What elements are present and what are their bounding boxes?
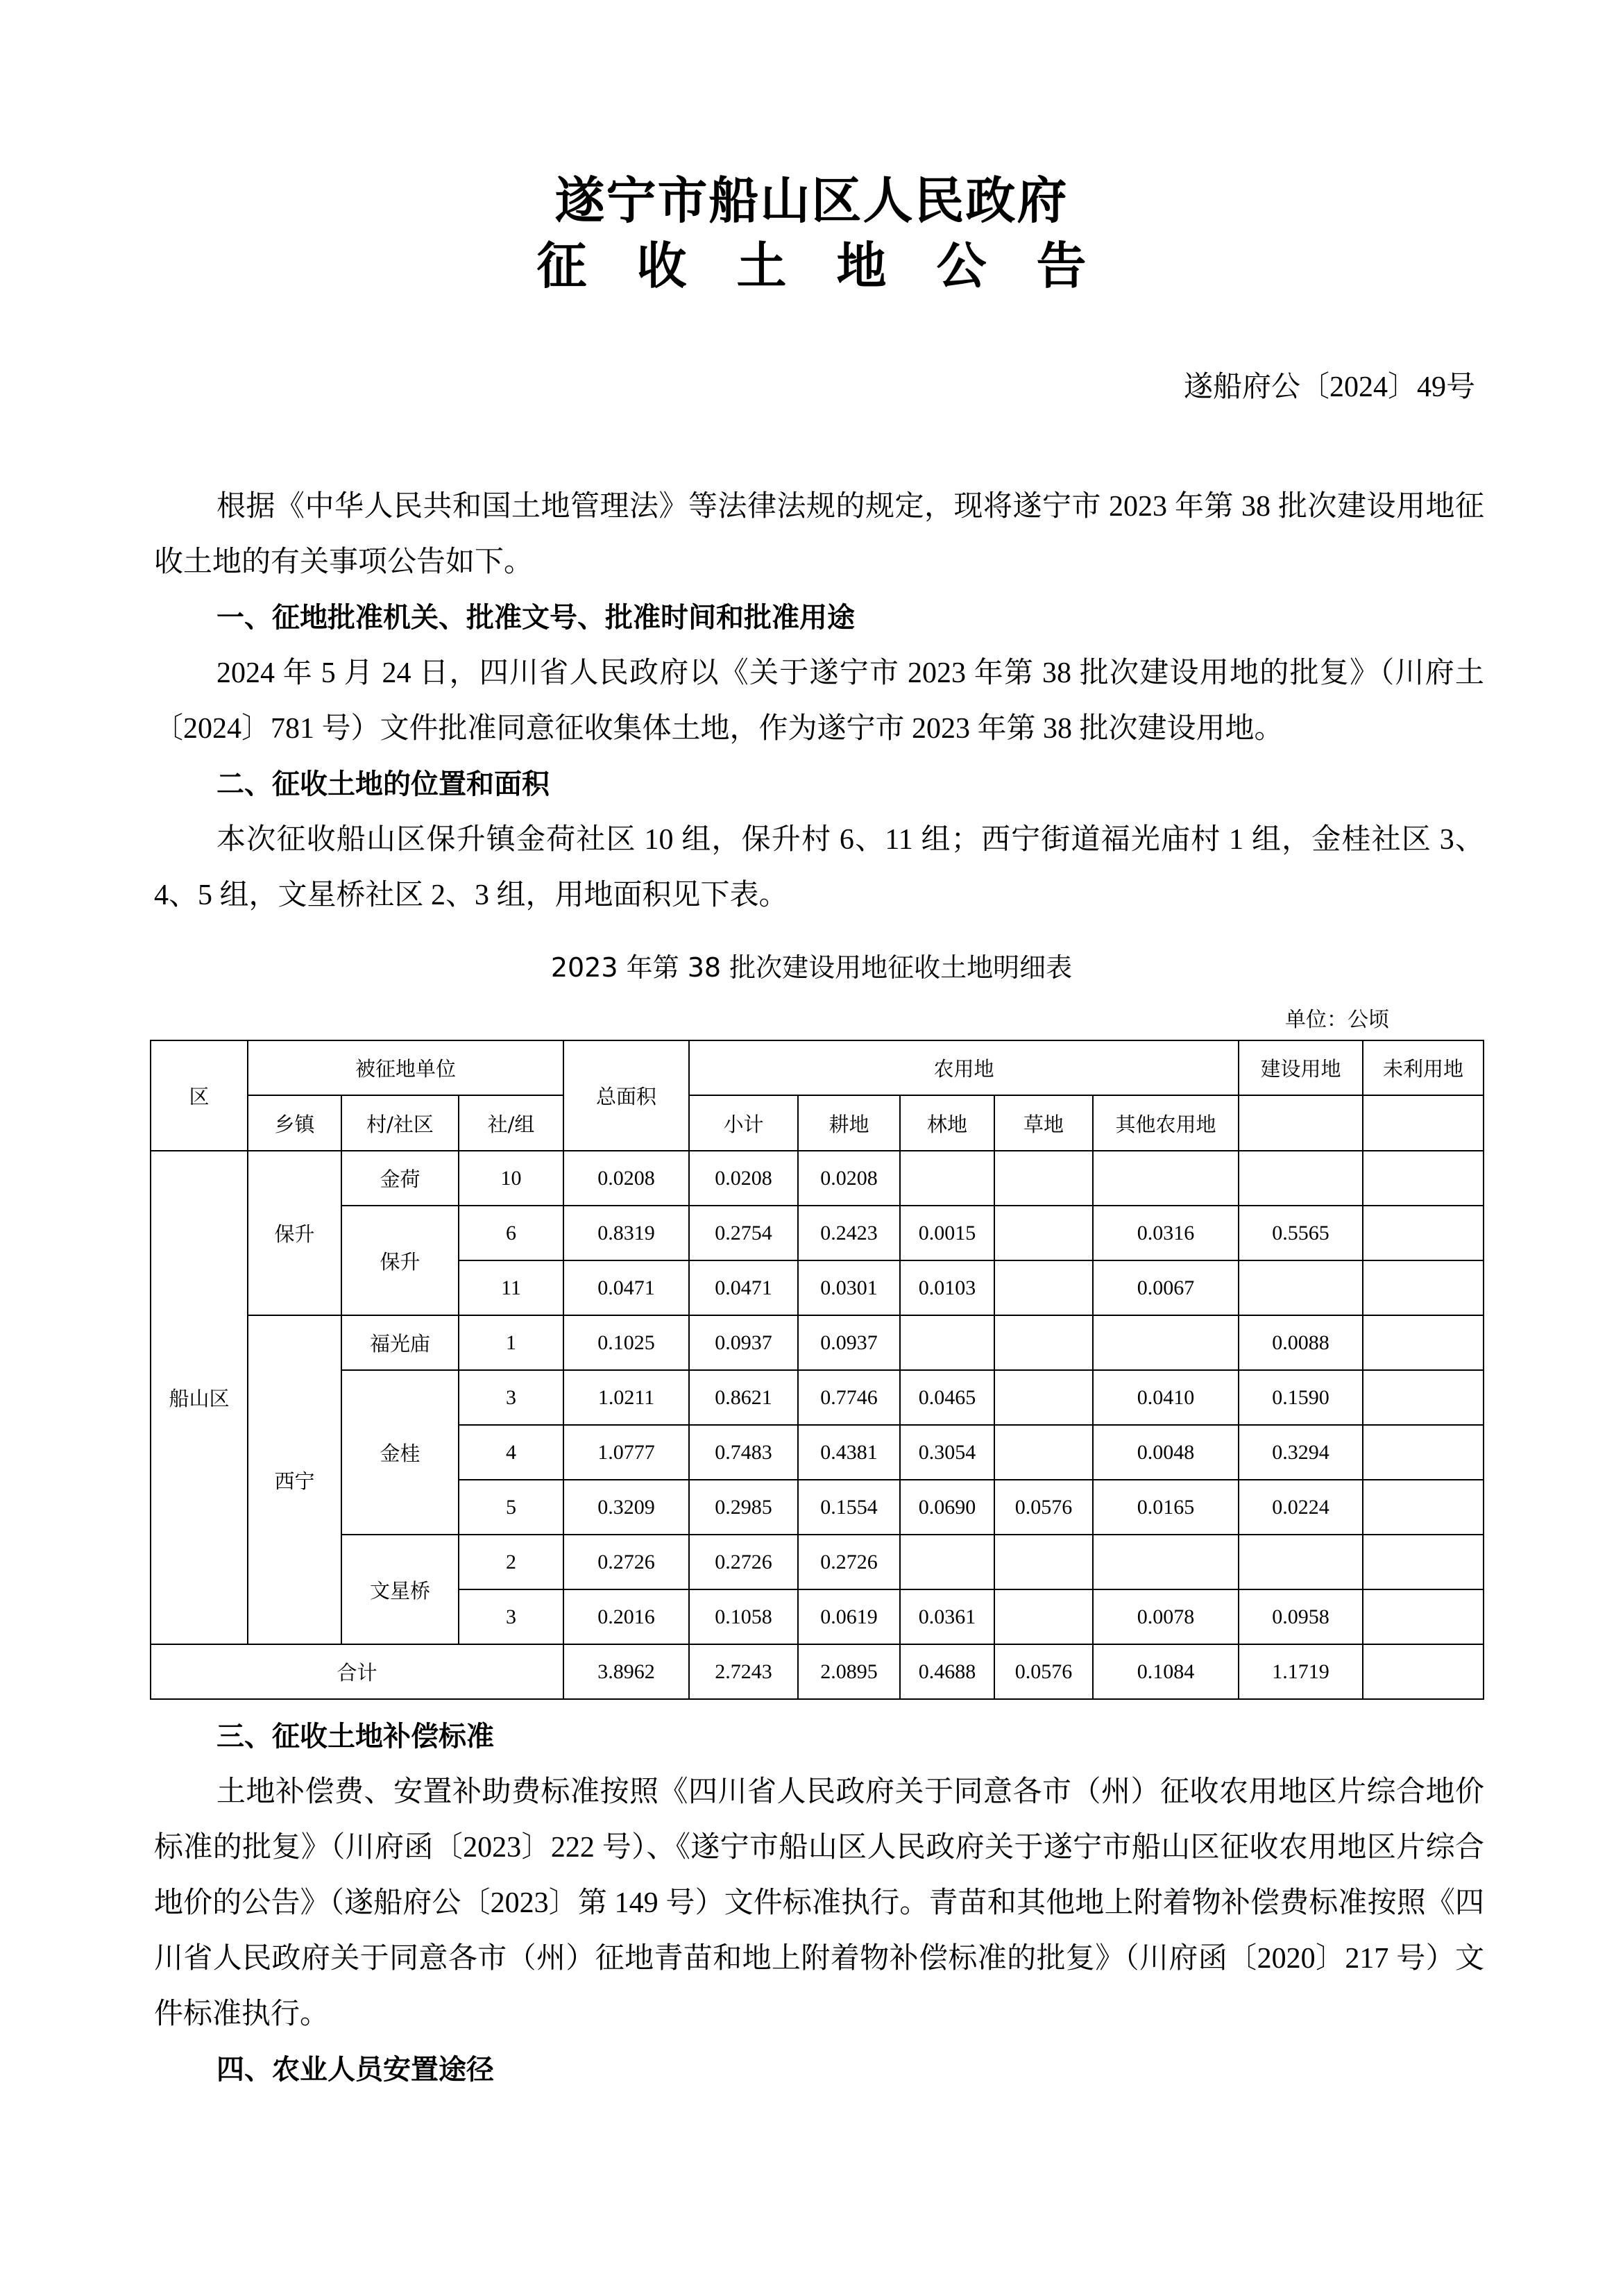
group-cell: 3 (459, 1370, 563, 1425)
header-total-area: 总面积 (563, 1040, 689, 1151)
cultivated-cell: 0.2726 (798, 1535, 900, 1589)
header-construction: 建设用地 (1239, 1040, 1363, 1095)
construction-cell: 0.0088 (1239, 1315, 1363, 1370)
village-cell: 金荷 (341, 1151, 459, 1206)
forest-cell: 0.0465 (900, 1370, 994, 1425)
subtotal-cell: 0.2726 (689, 1535, 798, 1589)
other-cell: 0.0316 (1093, 1206, 1239, 1260)
other-cell (1093, 1151, 1239, 1206)
section-3-heading: 三、征收土地补偿标准 (154, 1709, 1484, 1764)
header-town: 乡镇 (248, 1095, 341, 1151)
table-row: 文星桥 2 0.2726 0.2726 0.2726 (151, 1535, 1484, 1589)
subtotal-cell: 2.7243 (689, 1644, 798, 1699)
header-other-agri: 其他农用地 (1093, 1095, 1239, 1151)
cultivated-cell: 0.0208 (798, 1151, 900, 1206)
construction-cell (1239, 1260, 1363, 1315)
section-2-heading: 二、征收土地的位置和面积 (154, 757, 1484, 812)
village-cell: 福光庙 (341, 1315, 459, 1370)
forest-cell: 0.3054 (900, 1425, 994, 1480)
grass-cell (994, 1151, 1093, 1206)
total-cell: 0.8319 (563, 1206, 689, 1260)
cultivated-cell: 0.4381 (798, 1425, 900, 1480)
unused-cell (1363, 1260, 1484, 1315)
other-cell (1093, 1315, 1239, 1370)
cultivated-cell: 0.1554 (798, 1480, 900, 1535)
village-cell: 文星桥 (341, 1535, 459, 1644)
document-number: 遂船府公〔2024〕49号 (1184, 366, 1475, 408)
construction-cell: 0.5565 (1239, 1206, 1363, 1260)
total-cell: 0.3209 (563, 1480, 689, 1535)
body-lower: 三、征收土地补偿标准 土地补偿费、安置补助费标准按照《四川省人民政府关于同意各市… (154, 1709, 1484, 2097)
forest-cell (900, 1535, 994, 1589)
group-cell: 6 (459, 1206, 563, 1260)
total-cell: 0.0471 (563, 1260, 689, 1315)
total-cell: 3.8962 (563, 1644, 689, 1699)
section-1-heading: 一、征地批准机关、批准文号、批准时间和批准用途 (154, 590, 1484, 645)
table-row: 西宁 福光庙 1 0.1025 0.0937 0.0937 0.0088 (151, 1315, 1484, 1370)
total-cell: 0.1025 (563, 1315, 689, 1370)
table-row: 船山区 保升 金荷 10 0.0208 0.0208 0.0208 (151, 1151, 1484, 1206)
forest-cell: 0.0361 (900, 1589, 994, 1644)
header-group: 社/组 (459, 1095, 563, 1151)
forest-cell: 0.0015 (900, 1206, 994, 1260)
group-cell: 2 (459, 1535, 563, 1589)
grass-cell (994, 1589, 1093, 1644)
header-subtotal: 小计 (689, 1095, 798, 1151)
unused-cell (1363, 1425, 1484, 1480)
group-cell: 4 (459, 1425, 563, 1480)
forest-cell (900, 1151, 994, 1206)
village-cell: 金桂 (341, 1370, 459, 1535)
subtotal-cell: 0.1058 (689, 1589, 798, 1644)
other-cell: 0.0048 (1093, 1425, 1239, 1480)
cultivated-cell: 0.0301 (798, 1260, 900, 1315)
town-cell: 西宁 (248, 1315, 341, 1644)
unused-cell (1363, 1206, 1484, 1260)
total-row: 合计 3.8962 2.7243 2.0895 0.4688 0.0576 0.… (151, 1644, 1484, 1699)
header-forest: 林地 (900, 1095, 994, 1151)
subtotal-cell: 0.0208 (689, 1151, 798, 1206)
total-label: 合计 (151, 1644, 563, 1699)
issuer-title: 遂宁市船山区人民政府 (0, 167, 1623, 235)
header-agri: 农用地 (689, 1040, 1239, 1095)
subtotal-cell: 0.2754 (689, 1206, 798, 1260)
section-2-paragraph: 本次征收船山区保升镇金荷社区 10 组，保升村 6、11 组；西宁街道福光庙村 … (154, 812, 1484, 923)
construction-cell: 0.0958 (1239, 1589, 1363, 1644)
header-village: 村/社区 (341, 1095, 459, 1151)
section-1-paragraph: 2024 年 5 月 24 日，四川省人民政府以《关于遂宁市 2023 年第 3… (154, 645, 1484, 757)
grass-cell: 0.0576 (994, 1480, 1093, 1535)
unit-label: 单位：公顷 (1285, 1005, 1389, 1036)
forest-cell: 0.0103 (900, 1260, 994, 1315)
grass-cell (994, 1315, 1093, 1370)
subtotal-cell: 0.7483 (689, 1425, 798, 1480)
intro-paragraph: 根据《中华人民共和国土地管理法》等法律法规的规定，现将遂宁市 2023 年第 3… (154, 479, 1484, 590)
forest-cell: 0.0690 (900, 1480, 994, 1535)
forest-cell: 0.4688 (900, 1644, 994, 1699)
district-cell: 船山区 (151, 1151, 248, 1644)
unused-cell (1363, 1480, 1484, 1535)
construction-cell: 0.3294 (1239, 1425, 1363, 1480)
header-unused-blank (1363, 1095, 1484, 1151)
header-unused: 未利用地 (1363, 1040, 1484, 1095)
grass-cell (994, 1206, 1093, 1260)
table-row: 保升 6 0.8319 0.2754 0.2423 0.0015 0.0316 … (151, 1206, 1484, 1260)
grass-cell (994, 1370, 1093, 1425)
grass-cell (994, 1425, 1093, 1480)
grass-cell (994, 1260, 1093, 1315)
header-grass: 草地 (994, 1095, 1093, 1151)
other-cell: 0.0410 (1093, 1370, 1239, 1425)
subtotal-cell: 0.0937 (689, 1315, 798, 1370)
construction-cell: 0.1590 (1239, 1370, 1363, 1425)
unused-cell (1363, 1370, 1484, 1425)
header-construction-blank (1239, 1095, 1363, 1151)
unused-cell (1363, 1535, 1484, 1589)
unused-cell (1363, 1315, 1484, 1370)
total-cell: 0.0208 (563, 1151, 689, 1206)
other-cell: 0.0078 (1093, 1589, 1239, 1644)
header-unit-group: 被征地单位 (248, 1040, 563, 1095)
construction-cell: 1.1719 (1239, 1644, 1363, 1699)
other-cell (1093, 1535, 1239, 1589)
section-4-heading: 四、农业人员安置途径 (154, 2042, 1484, 2097)
cultivated-cell: 2.0895 (798, 1644, 900, 1699)
group-cell: 1 (459, 1315, 563, 1370)
other-cell: 0.0165 (1093, 1480, 1239, 1535)
grass-cell (994, 1535, 1093, 1589)
document-title: 遂宁市船山区人民政府 征收土地公告 (0, 167, 1623, 297)
construction-cell (1239, 1535, 1363, 1589)
notice-title: 征收土地公告 (0, 235, 1623, 297)
forest-cell (900, 1315, 994, 1370)
group-cell: 3 (459, 1589, 563, 1644)
group-cell: 11 (459, 1260, 563, 1315)
cultivated-cell: 0.7746 (798, 1370, 900, 1425)
subtotal-cell: 0.0471 (689, 1260, 798, 1315)
body-upper: 根据《中华人民共和国土地管理法》等法律法规的规定，现将遂宁市 2023 年第 3… (154, 479, 1484, 923)
total-cell: 1.0777 (563, 1425, 689, 1480)
town-cell: 保升 (248, 1151, 341, 1315)
table-title: 2023 年第 38 批次建设用地征收土地明细表 (0, 947, 1623, 988)
header-district: 区 (151, 1040, 248, 1151)
unused-cell (1363, 1589, 1484, 1644)
cultivated-cell: 0.0937 (798, 1315, 900, 1370)
subtotal-cell: 0.8621 (689, 1370, 798, 1425)
header-cultivated: 耕地 (798, 1095, 900, 1151)
grass-cell: 0.0576 (994, 1644, 1093, 1699)
total-cell: 0.2726 (563, 1535, 689, 1589)
table-row: 金桂 3 1.0211 0.8621 0.7746 0.0465 0.0410 … (151, 1370, 1484, 1425)
land-acquisition-table: 区 被征地单位 总面积 农用地 建设用地 未利用地 乡镇 村/社区 社/组 小计… (150, 1040, 1484, 1700)
unused-cell (1363, 1644, 1484, 1699)
header-row-2: 乡镇 村/社区 社/组 小计 耕地 林地 草地 其他农用地 (151, 1095, 1484, 1151)
unused-cell (1363, 1151, 1484, 1206)
group-cell: 5 (459, 1480, 563, 1535)
total-cell: 0.2016 (563, 1589, 689, 1644)
section-3-paragraph: 土地补偿费、安置补助费标准按照《四川省人民政府关于同意各市（州）征收农用地区片综… (154, 1764, 1484, 2042)
cultivated-cell: 0.2423 (798, 1206, 900, 1260)
cultivated-cell: 0.0619 (798, 1589, 900, 1644)
other-cell: 0.1084 (1093, 1644, 1239, 1699)
subtotal-cell: 0.2985 (689, 1480, 798, 1535)
construction-cell (1239, 1151, 1363, 1206)
construction-cell: 0.0224 (1239, 1480, 1363, 1535)
total-cell: 1.0211 (563, 1370, 689, 1425)
header-row-1: 区 被征地单位 总面积 农用地 建设用地 未利用地 (151, 1040, 1484, 1095)
village-cell: 保升 (341, 1206, 459, 1315)
group-cell: 10 (459, 1151, 563, 1206)
other-cell: 0.0067 (1093, 1260, 1239, 1315)
